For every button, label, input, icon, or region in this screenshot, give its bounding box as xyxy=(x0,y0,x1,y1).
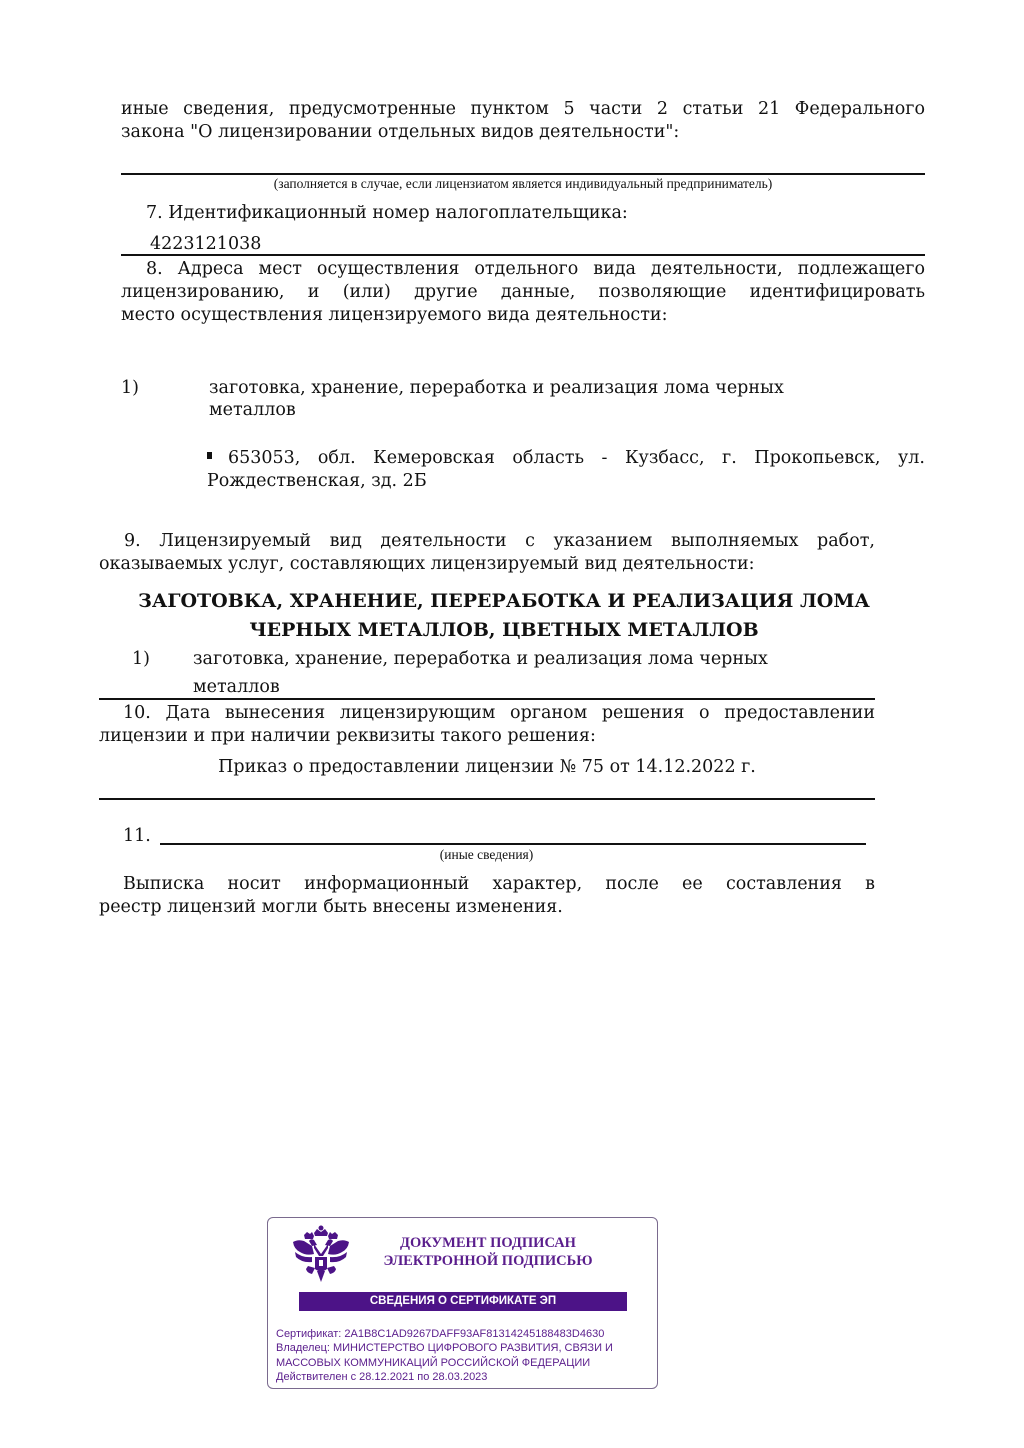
activity-title-line-1: ЗАГОТОВКА, ХРАНЕНИЕ, ПЕРЕРАБОТКА И РЕАЛИ… xyxy=(99,587,909,616)
item-activity-line-1: заготовка, хранение, переработка и реали… xyxy=(209,377,784,400)
certificate-validity: Действителен с 28.12.2021 по 28.03.2023 xyxy=(276,1370,654,1384)
footer-note-line-2: реестр лицензий могли быть внесены измен… xyxy=(99,896,875,919)
activity-title-line-2: ЧЕРНЫХ МЕТАЛЛОВ, ЦВЕТНЫХ МЕТАЛЛОВ xyxy=(99,616,909,645)
section-10-line-2: лицензии и при наличии реквизиты такого … xyxy=(99,725,875,748)
divider xyxy=(121,173,925,175)
section-8-line-1: 8. Адреса мест осуществления отдельного … xyxy=(121,258,925,281)
stamp-title: ДОКУМЕНТ ПОДПИСАН ЭЛЕКТРОННОЙ ПОДПИСЬЮ xyxy=(373,1234,603,1270)
address-line-1: 653053, обл. Кемеровская область - Кузба… xyxy=(207,447,925,470)
section-11-label: 11. xyxy=(123,825,151,848)
certificate-owner-line-1: Владелец: МИНИСТЕРСТВО ЦИФРОВОГО РАЗВИТИ… xyxy=(276,1341,654,1355)
item-activity-line-2: металлов xyxy=(209,399,296,422)
other-info-line xyxy=(160,843,866,845)
address-text: 653053, обл. Кемеровская область - Кузба… xyxy=(228,448,925,468)
section-9-line-1: 9. Лицензируемый вид деятельности с указ… xyxy=(99,530,875,553)
section-8-line-2: лицензированию, и (или) другие данные, п… xyxy=(121,281,925,304)
certificate-owner-line-2: МАССОВЫХ КОММУНИКАЦИЙ РОССИЙСКОЙ ФЕДЕРАЦ… xyxy=(276,1356,654,1370)
section-11-caption: (иные сведения) xyxy=(160,847,813,863)
section-9-line-2: оказываемых услуг, составляющих лицензир… xyxy=(99,553,875,576)
bullet-icon xyxy=(207,452,212,459)
intro-line-1: иные сведения, предусмотренные пунктом 5… xyxy=(121,98,925,121)
item-number: 1) xyxy=(121,377,139,400)
section-7-label: 7. Идентификационный номер налогоплатель… xyxy=(146,202,628,225)
intro-caption: (заполняется в случае, если лицензиатом … xyxy=(121,176,925,192)
section-8-line-3: место осуществления лицензируемого вида … xyxy=(121,304,925,327)
stamp-title-line-1: ДОКУМЕНТ ПОДПИСАН xyxy=(373,1234,603,1252)
intro-line-2: закона "О лицензировании отдельных видов… xyxy=(121,121,925,144)
footer-note-line-1: Выписка носит информационный характер, п… xyxy=(99,873,875,896)
divider xyxy=(99,798,875,800)
work-item-line-1: заготовка, хранение, переработка и реали… xyxy=(193,648,768,671)
electronic-signature-stamp: ДОКУМЕНТ ПОДПИСАН ЭЛЕКТРОННОЙ ПОДПИСЬЮ С… xyxy=(267,1217,658,1389)
item-number: 1) xyxy=(132,648,150,671)
license-order-value: Приказ о предоставлении лицензии № 75 от… xyxy=(99,756,875,779)
stamp-title-line-2: ЭЛЕКТРОННОЙ ПОДПИСЬЮ xyxy=(373,1252,603,1270)
certificate-details: Сертификат: 2A1B8C1AD9267DAFF93AF8131424… xyxy=(276,1327,654,1384)
work-item-line-2: металлов xyxy=(193,676,280,699)
section-10-line-1: 10. Дата вынесения лицензирующим органом… xyxy=(99,702,875,725)
divider xyxy=(99,698,875,700)
certificate-number: Сертификат: 2A1B8C1AD9267DAFF93AF8131424… xyxy=(276,1327,654,1341)
certificate-info-bar: СВЕДЕНИЯ О СЕРТИФИКАТЕ ЭП xyxy=(299,1292,627,1311)
taxpayer-id-value: 4223121038 xyxy=(150,233,261,256)
double-headed-eagle-icon xyxy=(290,1224,352,1286)
address-line-2: Рождественская, зд. 2Б xyxy=(207,470,427,493)
divider xyxy=(121,254,925,256)
